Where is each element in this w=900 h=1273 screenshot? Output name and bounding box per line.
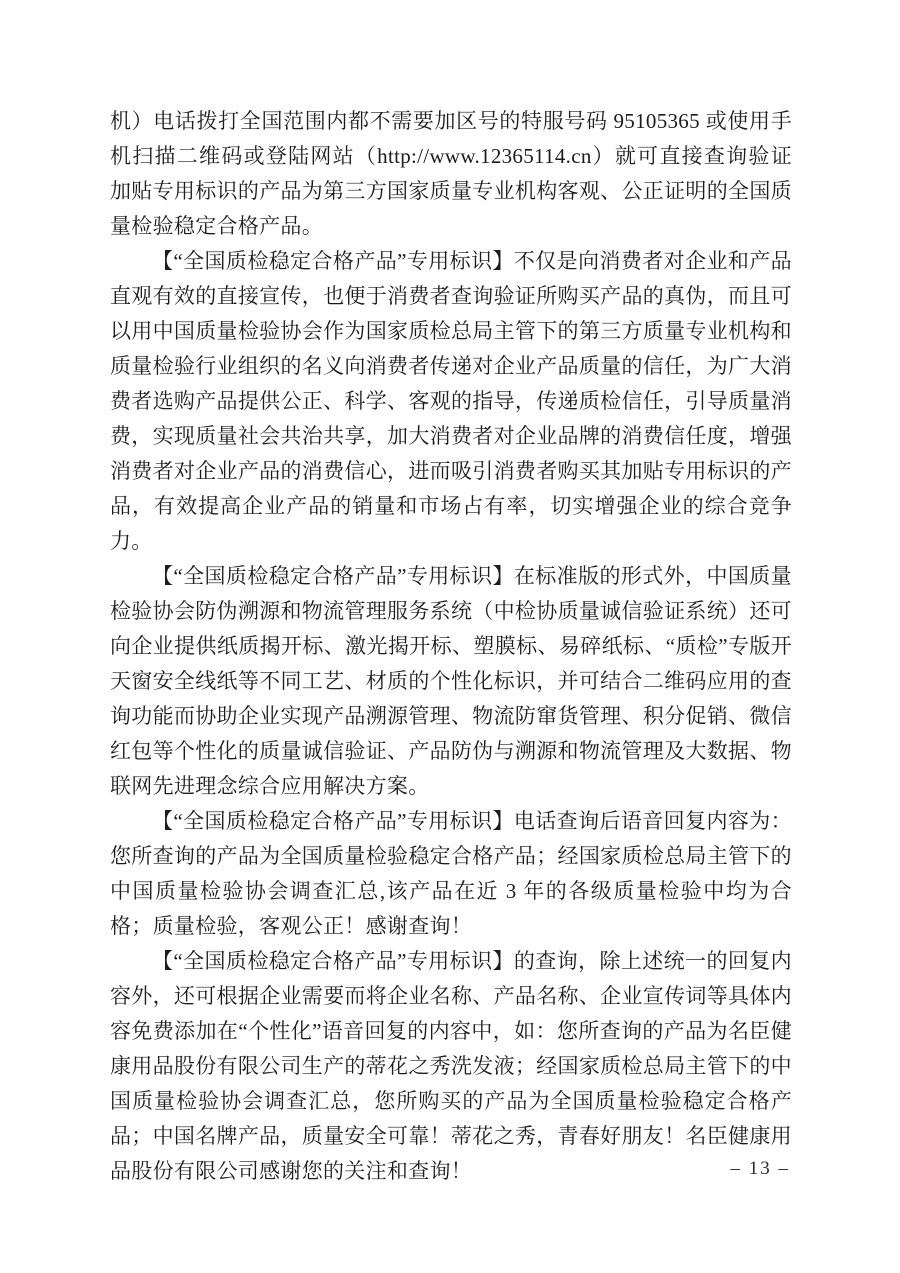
paragraph-continuation: 机）电话拨打全国范围内都不需要加区号的特服号码 95105365 或使用手机扫描… bbox=[110, 104, 792, 244]
document-page: 机）电话拨打全国范围内都不需要加区号的特服号码 95105365 或使用手机扫描… bbox=[0, 0, 900, 1273]
paragraph-special-label-promotion: 【“全国质检稳定合格产品”专用标识】不仅是向消费者对企业和产品直观有效的直接宣传… bbox=[110, 244, 792, 559]
paragraph-special-label-phone-reply: 【“全国质检稳定合格产品”专用标识】电话查询后语音回复内容为：您所查询的产品为全… bbox=[110, 804, 792, 944]
page-number: – 13 – bbox=[731, 1158, 791, 1180]
paragraph-special-label-personalized-reply: 【“全国质检稳定合格产品”专用标识】的查询，除上述统一的回复内容外，还可根据企业… bbox=[110, 944, 792, 1189]
paragraph-special-label-versions: 【“全国质检稳定合格产品”专用标识】在标准版的形式外，中国质量检验协会防伪溯源和… bbox=[110, 559, 792, 804]
document-body: 机）电话拨打全国范围内都不需要加区号的特服号码 95105365 或使用手机扫描… bbox=[110, 104, 792, 1189]
